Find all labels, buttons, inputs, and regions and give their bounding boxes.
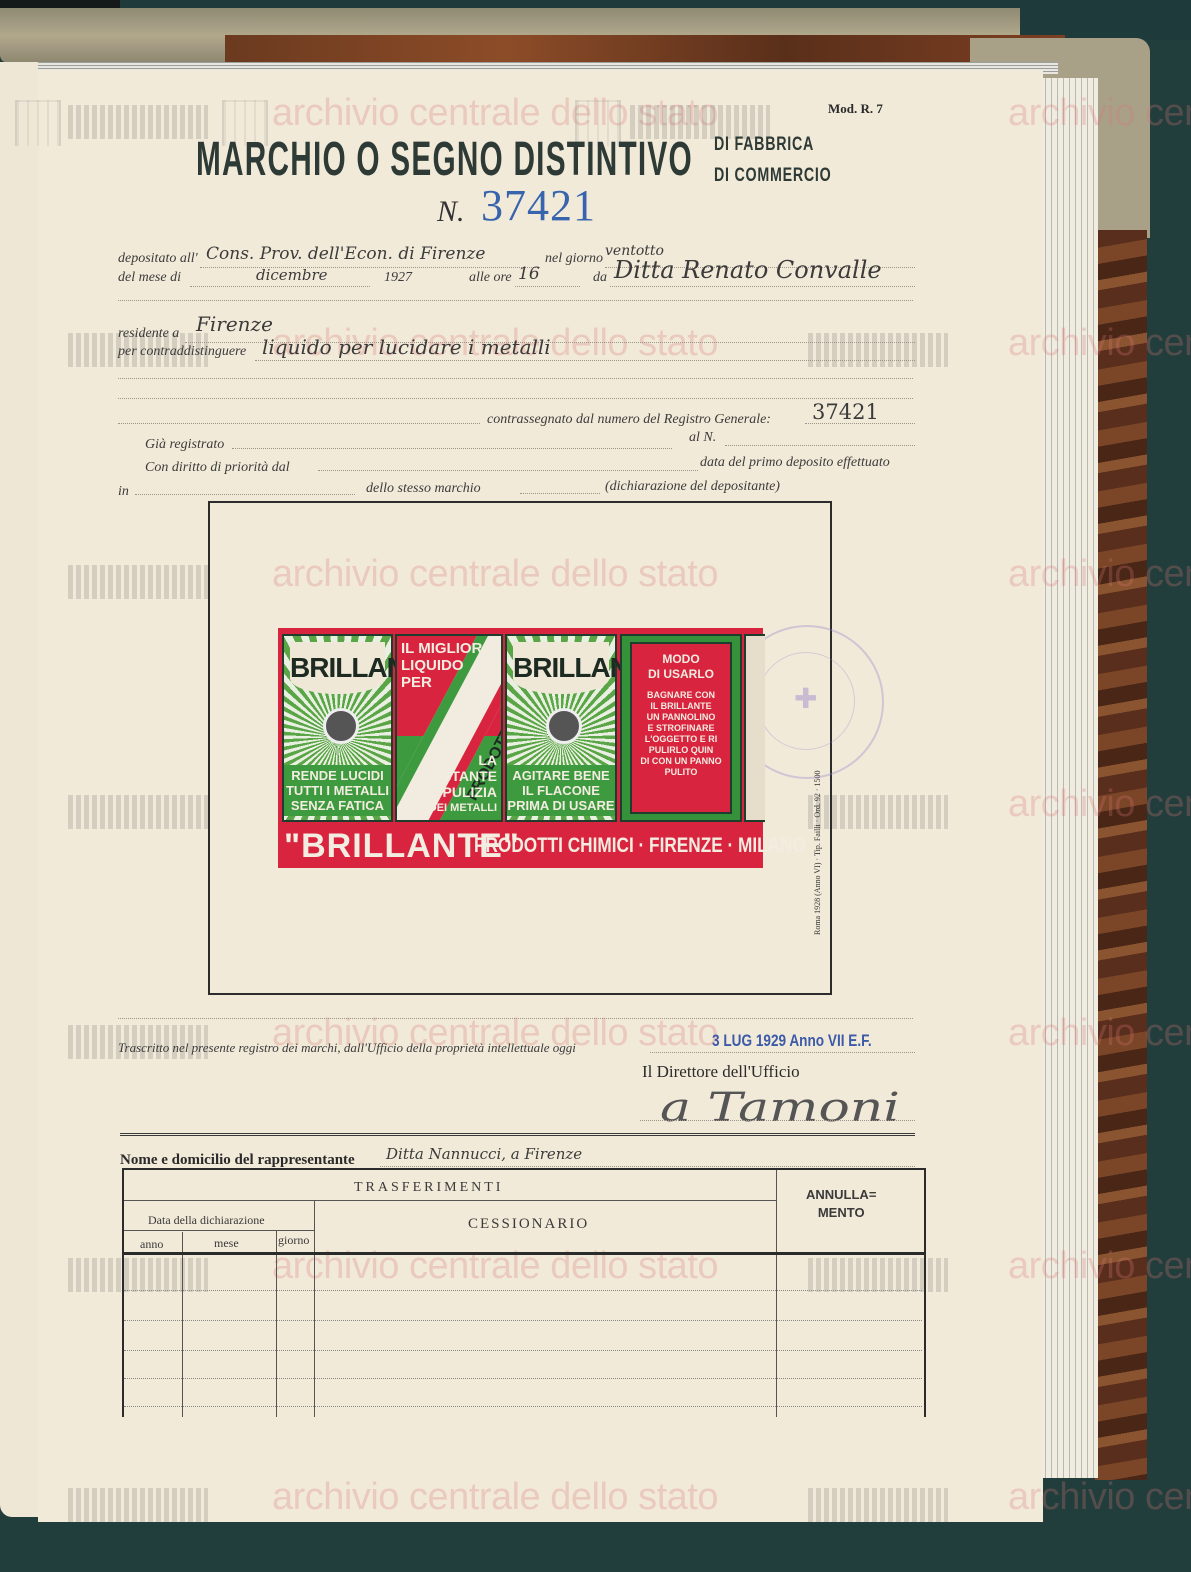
watermark-text: archivio centrale dello stato (272, 1476, 718, 1519)
panel-text-line: BAGNARE CON (632, 690, 730, 701)
panel-text-line: PULITO (632, 767, 730, 778)
giorno-header: giorno (278, 1233, 309, 1248)
dotted-rule (200, 267, 540, 268)
watermark-logo (68, 105, 208, 139)
panel-text-line: L'OGGETTO E RI (632, 734, 730, 745)
panel-text-line: PER (401, 674, 482, 691)
savoy-cross-icon: ✚ (794, 682, 816, 708)
table-row (124, 1290, 922, 1291)
instructions-box: MODO DI USARLO BAGNARE CON IL BRILLANTE … (630, 642, 732, 814)
watermark-logo (68, 1488, 208, 1522)
marbled-cover-right (1095, 230, 1147, 1480)
table-col-divider (314, 1200, 315, 1417)
dotted-rule (135, 494, 355, 495)
stesso-marchio-label: dello stesso marchio (366, 481, 481, 497)
representative-value: Ditta Nannucci, a Firenze (386, 1145, 582, 1163)
nel-giorno-label: nel giorno (545, 251, 603, 267)
instructions-text: BAGNARE CON IL BRILLANTE UN PANNOLINO E … (632, 690, 730, 778)
watermark-columns-icon (15, 100, 61, 146)
watermark-text: archivio centrale dello stato (1008, 553, 1191, 596)
label-stub (744, 634, 765, 822)
marbled-cover-top (225, 35, 1065, 63)
watermark-text: archivio centrale dello stato (1008, 1476, 1191, 1519)
dotted-rule (515, 286, 580, 287)
watermark-text: archivio centrale dello stato (1008, 1012, 1191, 1055)
trademark-label-image: BRILLANTE RENDE LUCIDI TUTTI I METALLI S… (278, 628, 763, 868)
panel-text-line: IL MIGLIOR (401, 640, 482, 657)
panel-text-line: MODO (632, 652, 730, 667)
diamond-emblem-icon (323, 708, 359, 744)
panel-text-line: DEI METALLI (421, 800, 497, 816)
alle-ore-value: 16 (518, 264, 540, 284)
contraddistinguere-value: liquido per lucidare i metalli (262, 335, 551, 359)
brand-banner: BRILLANTE (513, 642, 609, 694)
panel-text-line: RENDE LUCIDI (284, 768, 391, 783)
label-panel-1: BRILLANTE RENDE LUCIDI TUTTI I METALLI S… (282, 634, 393, 822)
watermark-logo (68, 565, 208, 599)
annullamento-header: ANNULLA= MENTO (806, 1186, 876, 1222)
mese-header: mese (214, 1236, 239, 1251)
panel-text-line: PULIZIA (421, 784, 497, 800)
watermark-logo (68, 795, 208, 829)
priorita-label: Con diritto di priorità dal (145, 460, 290, 476)
transfers-table: TRASFERIMENTI ANNULLA= MENTO Data della … (122, 1168, 926, 1417)
label-panel-2: IL MIGLIOR LIQUIDO PER PRODOTTO ITALIANO… (395, 634, 503, 822)
dotted-rule (805, 423, 915, 424)
form-code: Mod. R. 7 (828, 101, 883, 117)
residente-value: Firenze (196, 312, 273, 336)
table-row (124, 1378, 922, 1379)
watermark-logo (808, 333, 948, 367)
panel-3-text: AGITARE BENE IL FLACONE PRIMA DI USARE (507, 765, 615, 816)
left-page-edge (0, 62, 40, 1517)
table-col-divider (776, 1170, 777, 1417)
panel-text-line: IL BRILLANTE (632, 701, 730, 712)
table-row (124, 1350, 922, 1351)
table-rule (124, 1230, 314, 1231)
representative-label: Nome e domicilio del rappresentante (120, 1152, 355, 1169)
panel-text-line: DI CON UN PANNO (632, 756, 730, 767)
da-label: da (593, 270, 607, 286)
panel-text-line: PULIRLO QUIN (632, 745, 730, 756)
section-divider (120, 1133, 915, 1136)
in-label: in (118, 484, 129, 500)
alle-ore-label: alle ore (469, 270, 512, 286)
dotted-rule (640, 1120, 915, 1121)
header-line: ANNULLA= (806, 1186, 876, 1204)
table-col-divider (276, 1230, 277, 1417)
dotted-rule (118, 378, 913, 379)
panel-text-line: SENZA FATICA (284, 798, 391, 813)
residente-label: residente a (118, 326, 179, 342)
dotted-rule (318, 470, 698, 471)
panel-text-line: TUTTI I METALLI (284, 783, 391, 798)
instructions-title: MODO DI USARLO (632, 652, 730, 682)
watermark-text: archivio centrale dello stato (1008, 322, 1191, 365)
table-row (124, 1320, 922, 1321)
gia-registrato-label: Già registrato (145, 437, 224, 453)
da-value: Ditta Renato Convalle (614, 256, 882, 284)
director-label: Il Direttore dell'Ufficio (642, 1062, 800, 1082)
dotted-rule (610, 286, 915, 287)
dotted-rule (190, 286, 370, 287)
watermark-logo (808, 1488, 948, 1522)
dotted-rule (232, 448, 672, 449)
al-n-label: al N. (689, 430, 716, 446)
panel-text-line: IL FLACONE (507, 783, 615, 798)
panel-text-line: COSTANTE (421, 768, 497, 784)
dotted-rule (725, 445, 915, 446)
dotted-rule (118, 300, 913, 301)
panel-2-top-text: IL MIGLIOR LIQUIDO PER (401, 640, 482, 691)
label-panel-3: BRILLANTE AGITARE BENE IL FLACONE PRIMA … (505, 634, 617, 822)
panel-text-line: E STROFINARE (632, 723, 730, 734)
panel-text-line: AGITARE BENE (507, 768, 615, 783)
panel-1-text: RENDE LUCIDI TUTTI I METALLI SENZA FATIC… (284, 765, 391, 816)
contraddistinguere-label: per contraddistinguere (118, 344, 246, 360)
depositato-value: Cons. Prov. dell'Econ. di Firenze (206, 244, 485, 264)
title-sub-fabbrica: DI FABBRICA (714, 134, 814, 156)
diamond-emblem-icon (546, 708, 582, 744)
cessionario-header: CESSIONARIO (468, 1216, 589, 1233)
transcription-label: Trascritto nel presente registro dei mar… (118, 1040, 576, 1056)
header-line: MENTO (806, 1204, 876, 1222)
panel-text-line: UN PANNOLINO (632, 712, 730, 723)
table-col-divider (182, 1232, 183, 1417)
mese-value: dicembre (256, 266, 328, 284)
registro-label: contrassegnato dal numero del Registro G… (487, 412, 771, 428)
table-row (124, 1406, 922, 1407)
watermark-text: archivio centrale dello stato (1008, 1245, 1191, 1288)
dichiarazione-label: (dichiarazione del depositante) (605, 479, 780, 495)
panel-2-bottom-text: LA COSTANTE PULIZIA DEI METALLI (421, 752, 497, 816)
label-panel-4: MODO DI USARLO BAGNARE CON IL BRILLANTE … (620, 634, 742, 822)
panel-text-line: LIQUIDO (401, 657, 482, 674)
table-title: TRASFERIMENTI (354, 1180, 503, 1196)
table-rule (124, 1200, 776, 1201)
dotted-rule (380, 1166, 915, 1167)
dotted-rule (650, 1052, 915, 1053)
dotted-rule (118, 1018, 913, 1019)
printer-imprint: Roma 1928 (Anno VI) · Tip. Failli · Ord.… (813, 770, 822, 935)
anno-header: anno (140, 1237, 163, 1252)
mese-label: del mese di (118, 270, 181, 286)
director-signature: a Tamoni (660, 1085, 900, 1131)
dotted-rule (520, 493, 600, 494)
panel-text-line: LA (421, 752, 497, 768)
registration-number: 37421 (481, 180, 596, 231)
depositato-label: depositato all' (118, 251, 198, 267)
watermark-text: archivio centrale dello stato (1008, 783, 1191, 826)
watermark-text: archivio centrale dello stato (1008, 92, 1191, 135)
dotted-rule (118, 423, 480, 424)
brand-banner: BRILLANTE (290, 642, 385, 694)
registro-value: 37421 (812, 400, 879, 424)
footer-company: PRODOTTI CHIMICI · FIRENZE · MILANO (474, 834, 806, 858)
dotted-rule (118, 398, 913, 399)
dotted-rule (255, 360, 915, 361)
panel-text-line: PRIMA DI USARE (507, 798, 615, 813)
primo-deposito-label: data del primo deposito effettuato (700, 455, 890, 471)
number-prefix: N. (437, 195, 465, 229)
anno-value: 1927 (384, 270, 412, 286)
panel-text-line: DI USARLO (632, 667, 730, 682)
table-header-rule (124, 1252, 924, 1255)
title-sub-commercio: DI COMMERCIO (714, 165, 831, 187)
label-footer: "BRILLANTE" PRODOTTI CHIMICI · FIRENZE ·… (278, 824, 763, 868)
transcription-date-stamp: 3 LUG 1929 Anno VII E.F. (712, 1031, 872, 1051)
date-group-header: Data della dichiarazione (148, 1213, 265, 1228)
page-title: MARCHIO O SEGNO DISTINTIVO (196, 132, 693, 187)
